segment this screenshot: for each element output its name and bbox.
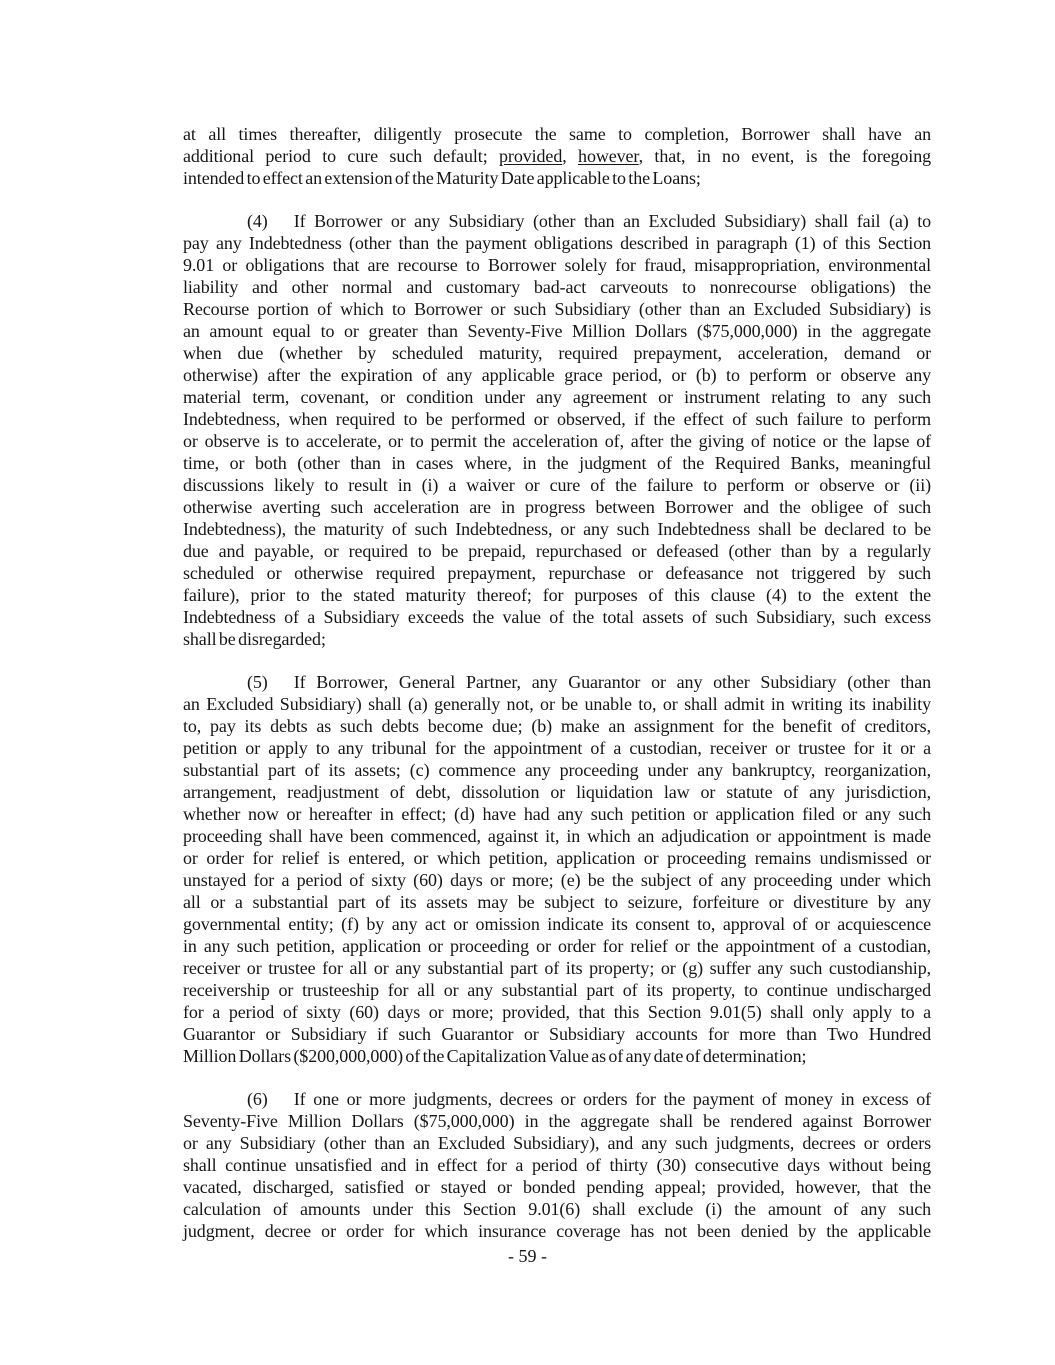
text-line: or order for relief is entered, or which… [183,847,931,869]
text-line: (6)If one or more judgments, decrees or … [183,1088,931,1110]
text-line: at all times thereafter, diligently pros… [183,123,931,145]
text-line: additional period to cure such default; … [183,145,931,167]
text-line: substantial part of its assets; (c) comm… [183,759,931,781]
text-line: discussions likely to result in (i) a wa… [183,474,931,496]
text-line: or any Subsidiary (other than an Exclude… [183,1132,931,1154]
paragraph: (4)If Borrower or any Subsidiary (other … [183,210,931,650]
page-number: - 59 - [0,1246,1055,1267]
text-line: governmental entity; (f) by any act or o… [183,913,931,935]
text-line: vacated, discharged, satisfied or stayed… [183,1176,931,1198]
paragraph: at all times thereafter, diligently pros… [183,123,931,189]
text-line: shall be disregarded; [183,628,931,650]
text-line: receiver or trustee for all or any subst… [183,957,931,979]
text-line: for a period of sixty (60) days or more;… [183,1001,931,1023]
text-line: whether now or hereafter in effect; (d) … [183,803,931,825]
text-line: Indebtedness), the maturity of such Inde… [183,518,931,540]
text-line: unstayed for a period of sixty (60) days… [183,869,931,891]
text-line: judgment, decree or order for which insu… [183,1220,931,1242]
text-line: an amount equal to or greater than Seven… [183,320,931,342]
text-line: arrangement, readjustment of debt, disso… [183,781,931,803]
text-line: (5)If Borrower, General Partner, any Gua… [183,671,931,693]
text-line: failure), prior to the stated maturity t… [183,584,931,606]
paragraph-number: (4) [247,211,268,231]
text-line: to, pay its debts as such debts become d… [183,715,931,737]
text-line: an Excluded Subsidiary) shall (a) genera… [183,693,931,715]
text-line: Guarantor or Subsidiary if such Guaranto… [183,1023,931,1045]
text-line: receivership or trusteeship for all or a… [183,979,931,1001]
text-line: 9.01 or obligations that are recourse to… [183,254,931,276]
paragraph: (5)If Borrower, General Partner, any Gua… [183,671,931,1067]
underlined-term: however [578,146,639,166]
paragraph-number: (6) [247,1089,268,1109]
document-body: at all times thereafter, diligently pros… [183,123,931,1242]
text-line: intended to effect an extension of the M… [183,167,931,189]
text-line: due and payable, or required to be prepa… [183,540,931,562]
text-line: or observe is to accelerate, or to permi… [183,430,931,452]
text-line: material term, covenant, or condition un… [183,386,931,408]
text-line: in any such petition, application or pro… [183,935,931,957]
text-line: when due (whether by scheduled maturity,… [183,342,931,364]
text-line: shall continue unsatisfied and in effect… [183,1154,931,1176]
text-line: Million Dollars ($200,000,000) of the Ca… [183,1045,931,1067]
text-line: proceeding shall have been commenced, ag… [183,825,931,847]
paragraph-number: (5) [247,672,268,692]
text-line: liability and other normal and customary… [183,276,931,298]
text-line: Indebtedness, when required to be perfor… [183,408,931,430]
text-line: time, or both (other than in cases where… [183,452,931,474]
text-line: all or a substantial part of its assets … [183,891,931,913]
text-line: Recourse portion of which to Borrower or… [183,298,931,320]
paragraph: (6)If one or more judgments, decrees or … [183,1088,931,1242]
underlined-term: provided [499,146,562,166]
text-line: Indebtedness of a Subsidiary exceeds the… [183,606,931,628]
text-line: otherwise averting such acceleration are… [183,496,931,518]
text-line: calculation of amounts under this Sectio… [183,1198,931,1220]
document-page: at all times thereafter, diligently pros… [0,0,1055,1365]
text-line: petition or apply to any tribunal for th… [183,737,931,759]
text-line: (4)If Borrower or any Subsidiary (other … [183,210,931,232]
text-line: scheduled or otherwise required prepayme… [183,562,931,584]
text-line: Seventy-Five Million Dollars ($75,000,00… [183,1110,931,1132]
text-line: pay any Indebtedness (other than the pay… [183,232,931,254]
text-line: otherwise) after the expiration of any a… [183,364,931,386]
